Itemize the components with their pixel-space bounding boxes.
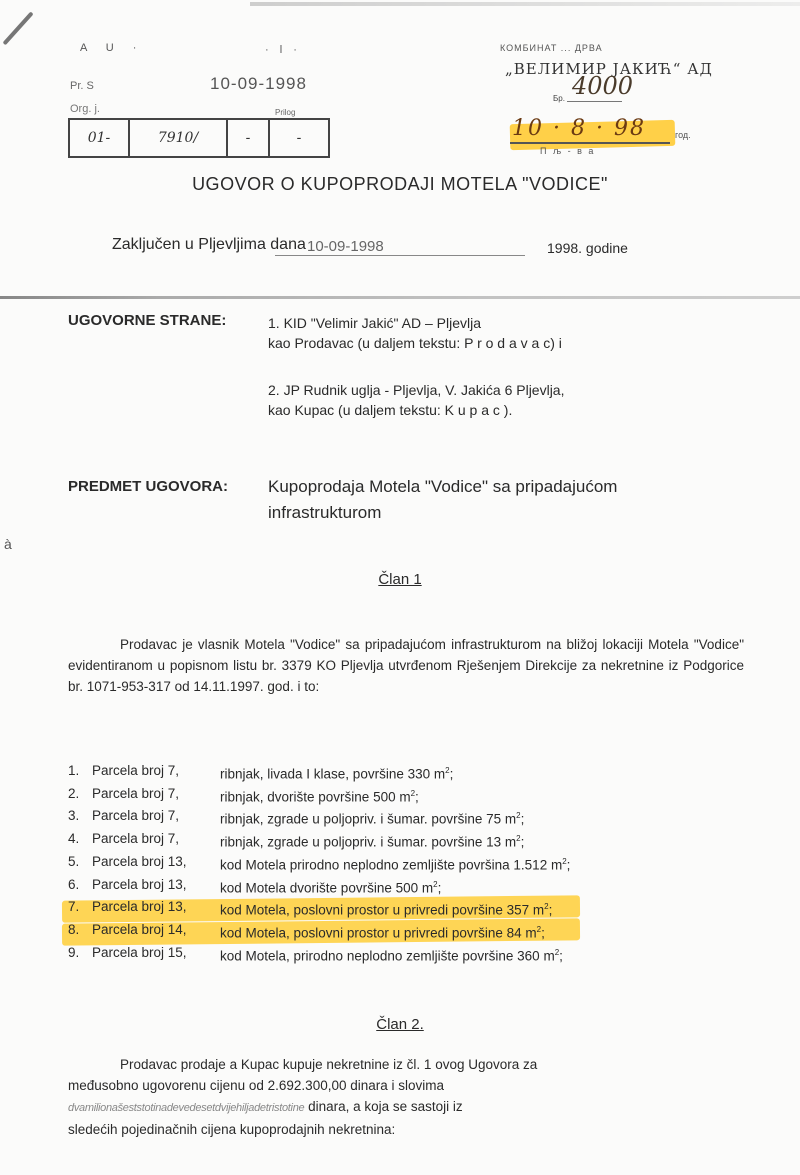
article-1-paragraph: Prodavac je vlasnik Motela "Vodice" sa p… [68,634,744,697]
parcel-description: kod Motela, poslovni prostor u privredi … [220,897,552,920]
party-seller-name: 1. KID "Velimir Jakić" AD – Pljevlja [268,313,562,333]
margin-mark: à [4,536,12,552]
scan-fold-line [0,296,800,299]
stamp-left-column-label: Prilog [275,108,295,117]
stamp-cell: - [270,120,328,156]
article-2-line: dinara, a koja se sastoji iz [304,1099,462,1114]
parcel-plot: Parcela broj 14, [92,920,220,943]
concluded-year: 1998. godine [547,240,628,256]
parcel-item: 7.Parcela broj 13,kod Motela, poslovni p… [68,897,570,920]
parcel-description: kod Motela, poslovni prostor u privredi … [220,920,545,943]
stamp-right-line1: КОМБИНАТ ... ДРВА [500,43,603,53]
stamp-left-table: 01- 7910/ - - [68,118,330,158]
party-seller-role: kao Prodavac (u daljem tekstu: P r o d a… [268,333,562,353]
parcel-plot: Parcela broj 7, [92,784,220,807]
parcel-description: kod Motela dvorište površine 500 m2; [220,875,441,898]
subject-line: infrastrukturom [268,500,617,526]
parties-label: UGOVORNE STRANE: [68,312,226,329]
parcel-number: 9. [68,943,92,966]
party-buyer: 2. JP Rudnik uglja - Pljevlja, V. Jakića… [268,380,564,420]
parcel-description: ribnjak, dvorište površine 500 m2; [220,784,419,807]
stamp-right-date-suffix: год. [675,130,691,140]
stamp-right-number: 4000 [572,72,633,100]
parcel-end: ; [450,767,454,782]
stamp-left-row1-label: Pr. S [70,80,94,92]
parcel-plot: Parcela broj 7, [92,761,220,784]
parcel-number: 7. [68,897,92,920]
article-2-line: međusobno ugovorenu cijenu od 2.692.300,… [68,1075,744,1096]
stamp-right-date: 10 · 8 · 98 [512,116,646,141]
price-in-words: dvamilionašeststotinadevedesetdvijehilja… [68,1102,304,1114]
party-buyer-name: 2. JP Rudnik uglja - Pljevlja, V. Jakića… [268,380,564,400]
parcel-plot: Parcela broj 13, [92,875,220,898]
parcel-description: ribnjak, livada I klase, površine 330 m2… [220,761,453,784]
parcel-item: 1.Parcela broj 7,ribnjak, livada I klase… [68,761,570,784]
parcel-number: 5. [68,852,92,875]
stamp-cell: - [228,120,270,156]
subject-label: PREDMET UGOVORA: [68,478,228,495]
parcel-plot: Parcela broj 7, [92,806,220,829]
parcel-description: kod Motela, prirodno neplodno zemljište … [220,943,563,966]
parcel-end: ; [521,812,525,827]
parcel-item: 5.Parcela broj 13,kod Motela prirodno ne… [68,852,570,875]
article-2-line: Prodavac prodaje a Kupac kupuje nekretni… [120,1057,537,1072]
article-1-text: Prodavac je vlasnik Motela "Vodice" sa p… [68,637,744,694]
scan-edge-shadow [250,2,800,6]
subject-text: Kupoprodaja Motela "Vodice" sa pripadaju… [268,474,617,526]
parcel-number: 2. [68,784,92,807]
parcel-item: 4.Parcela broj 7,ribnjak, zgrade u poljo… [68,829,570,852]
parcel-end: ; [521,835,525,850]
stamp-left-header-right: · l · [265,44,301,56]
parcel-plot: Parcela broj 15, [92,943,220,966]
stamp-right-date-underline [510,142,670,144]
subject-line: Kupoprodaja Motela "Vodice" sa pripadaju… [268,474,617,500]
parcel-item: 8.Parcela broj 14,kod Motela, poslovni p… [68,920,570,943]
stamp-right-city: П љ - в а [540,146,595,156]
parcel-item: 3.Parcela broj 7,ribnjak, zgrade u poljo… [68,806,570,829]
parcel-number: 1. [68,761,92,784]
stamp-right-number-underline [567,101,622,102]
stamp-left-row2-label: Org. j. [70,103,100,115]
parcel-end: ; [567,857,571,872]
parcel-list: 1.Parcela broj 7,ribnjak, livada I klase… [68,761,570,965]
article-1-heading: Član 1 [0,571,800,588]
parcel-end: ; [541,925,545,940]
parcel-end: ; [559,948,563,963]
parcel-number: 6. [68,875,92,898]
parcel-end: ; [438,880,442,895]
parcel-number: 4. [68,829,92,852]
stamp-cell: 01- [70,120,130,156]
article-2-line: sledećih pojedinačnih cijena kupoprodajn… [68,1119,744,1140]
parcel-end: ; [415,789,419,804]
parcel-description: ribnjak, zgrade u poljopriv. i šumar. po… [220,829,524,852]
article-2-heading: Član 2. [0,1016,800,1033]
parcel-description: kod Motela prirodno neplodno zemljište p… [220,852,570,875]
parcel-plot: Parcela broj 7, [92,829,220,852]
scanned-document-page: à A U · · l · Pr. S 10-09-1998 Org. j. P… [0,0,800,1175]
stamp-right-number-label: Бр. [553,94,565,103]
parcel-item: 9.Parcela broj 15,kod Motela, prirodno n… [68,943,570,966]
pen-mark [3,11,34,45]
party-buyer-role: kao Kupac (u daljem tekstu: K u p a c ). [268,400,564,420]
parcel-end: ; [549,903,553,918]
parcel-item: 6.Parcela broj 13,kod Motela dvorište po… [68,875,570,898]
parcel-plot: Parcela broj 13, [92,897,220,920]
stamp-left-date: 10-09-1998 [210,74,307,94]
parcel-number: 3. [68,806,92,829]
concluded-date-stamp: 10-09-1998 [275,238,525,256]
parcel-item: 2.Parcela broj 7,ribnjak, dvorište površ… [68,784,570,807]
parcel-number: 8. [68,920,92,943]
stamp-cell: 7910/ [130,120,228,156]
stamp-left-header: A U · [80,42,144,54]
parcel-plot: Parcela broj 13, [92,852,220,875]
party-seller: 1. KID "Velimir Jakić" AD – Pljevlja kao… [268,313,562,353]
document-title: UGOVOR O KUPOPRODAJI MOTELA "VODICE" [0,174,800,195]
parcel-description: ribnjak, zgrade u poljopriv. i šumar. po… [220,806,524,829]
article-2-paragraph: Prodavac prodaje a Kupac kupuje nekretni… [68,1054,744,1140]
